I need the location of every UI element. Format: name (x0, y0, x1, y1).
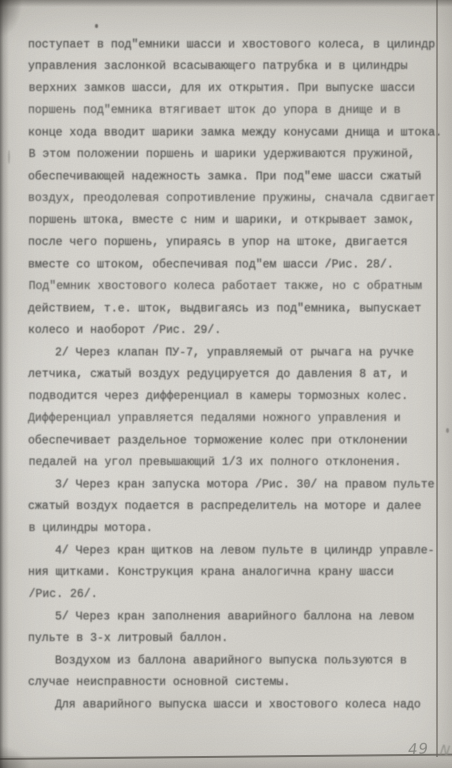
text-line: управления заслонкой всасывающего патруб… (28, 56, 442, 78)
ink-speck (8, 150, 10, 164)
text-line: верхних замков шасси, для их открытия. П… (29, 78, 443, 100)
text-line: действием, т.е. шток, выдвигаясь из под"… (28, 298, 442, 320)
text-line: Под"емник хвостового колеса работает так… (29, 276, 443, 298)
scan-edge-top (0, 0, 452, 7)
text-line: Воздухом из баллона аварийного выпуска п… (28, 650, 442, 672)
text-line: 4/ Через кран щитков на левом пульте в ц… (28, 540, 442, 562)
ink-speck (95, 24, 98, 28)
text-block: поступает в под"емники шасси и хвостовог… (28, 34, 442, 716)
text-line: В этом положении поршень и шарики удержи… (29, 144, 443, 166)
text-line: поршень штока, вместе с ним и шарики, и … (29, 210, 443, 232)
paragraph: поступает в под"емники шасси и хвостовог… (28, 34, 442, 342)
margin-mark: N (439, 743, 451, 759)
text-line: летчика, сжатый воздух редуцируется до д… (28, 364, 442, 386)
text-line: вместе со штоком, обеспечивая под"ем шас… (28, 254, 442, 276)
text-line: обеспечивающей надежность замка. При под… (28, 166, 442, 188)
text-line: колесо и наоборот /Рис. 29/. (28, 320, 442, 342)
page-number: 49 (408, 739, 430, 758)
text-line: 5/ Через кран заполнения аварийного балл… (28, 606, 442, 628)
text-line: сжатый воздух подается в распределитель … (28, 496, 442, 518)
text-line: пульте в 3-х литровый баллон. (28, 628, 442, 650)
text-line: после чего поршень, упираясь в упор на ш… (28, 232, 442, 254)
scan-corner-top-left (0, 0, 30, 50)
scanned-page: поступает в под"емники шасси и хвостовог… (0, 0, 452, 768)
scan-edge-left (0, 0, 9, 768)
paragraph: 4/ Через кран щитков на левом пульте в ц… (28, 540, 442, 606)
text-line: случае неисправности основной системы. (28, 672, 442, 694)
scan-corner-bottom-left (0, 738, 40, 768)
text-line: Дифференциал управляется педалями ножног… (28, 408, 442, 430)
text-line: воздух, преодолевая сопротивление пружин… (28, 188, 442, 210)
page-edge-rule-vertical (436, 0, 438, 757)
paragraph: 3/ Через кран запуска мотора /Рис. 30/ н… (28, 474, 442, 540)
text-line: 2/ Через клапан ПУ-7, управляемый от рыч… (28, 342, 442, 364)
text-line: Для аварийного выпуска шасси и хвостовог… (28, 694, 442, 716)
paragraph: Воздухом из баллона аварийного выпуска п… (28, 650, 442, 694)
text-line: 3/ Через кран запуска мотора /Рис. 30/ н… (28, 474, 442, 496)
text-line: обеспечивает раздельное торможение колес… (28, 430, 442, 452)
page-edge-rule-horizontal (0, 753, 452, 759)
paragraph: 5/ Через кран заполнения аварийного балл… (28, 606, 442, 650)
ink-speck (446, 428, 449, 433)
text-line: ния щитками. Конструкция крана аналогичн… (28, 562, 442, 584)
text-line: поршень под"емника втягивает шток до упо… (28, 100, 442, 122)
text-line: педалей на угол превышающий 1/3 их полно… (29, 452, 443, 474)
text-line: в цилиндры мотора. (29, 518, 443, 540)
paragraph: 2/ Через клапан ПУ-7, управляемый от рыч… (28, 342, 442, 474)
text-line: поступает в под"емники шасси и хвостовог… (28, 34, 442, 56)
text-line: /Рис. 26/. (29, 584, 443, 606)
paragraph: Для аварийного выпуска шасси и хвостовог… (28, 694, 442, 716)
text-line: подводится через дифференциал в камеры т… (29, 386, 443, 408)
text-line: конце хода вводит шарики замка между кон… (28, 122, 442, 144)
